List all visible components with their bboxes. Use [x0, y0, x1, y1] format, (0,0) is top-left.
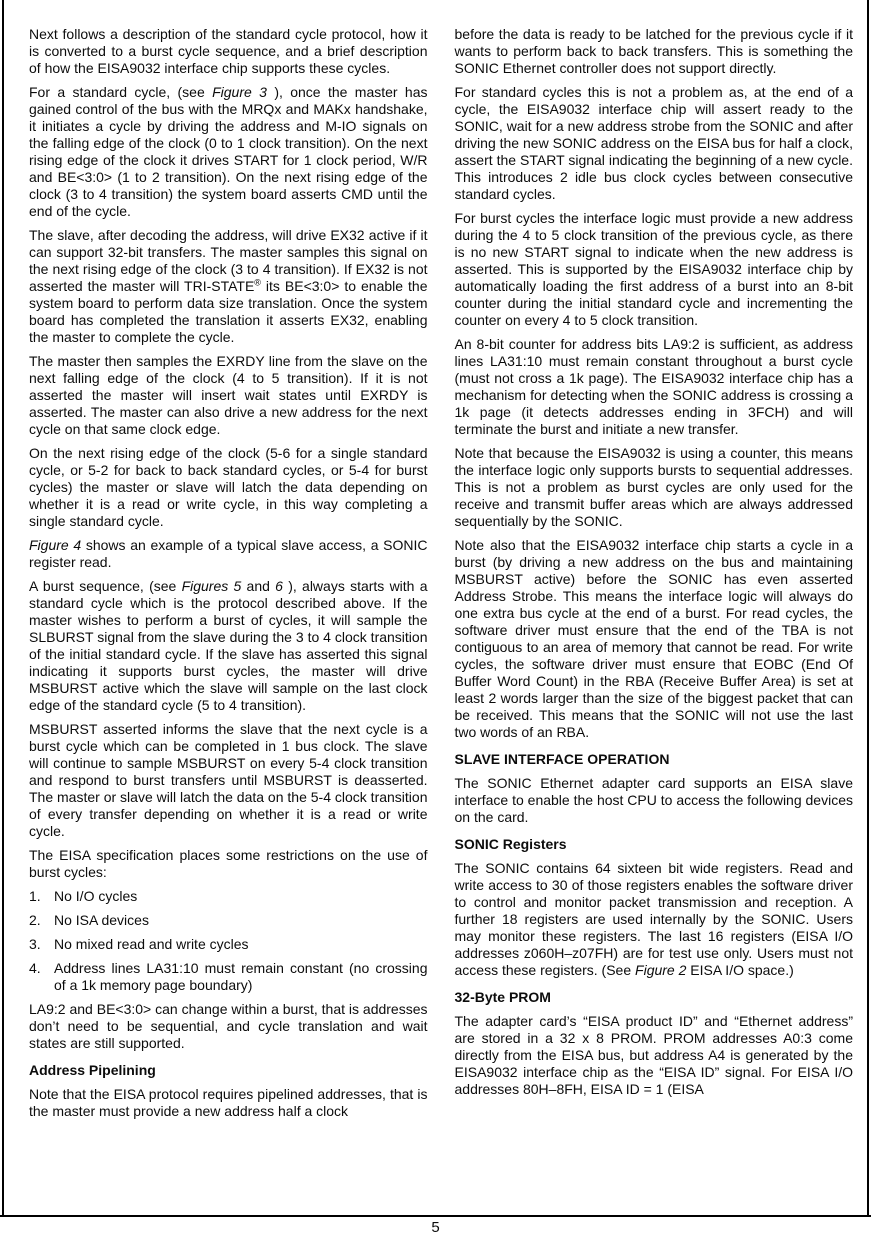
list-item-number: 4.: [29, 960, 41, 977]
section-heading: SLAVE INTERFACE OPERATION: [455, 751, 854, 768]
text-run: Note that because the EISA9032 is using …: [455, 445, 854, 529]
page-border-right: [867, 0, 869, 1216]
paragraph: For standard cycles this is not a proble…: [455, 84, 854, 203]
superscript-text: ®: [254, 277, 261, 287]
text-run: The master then samples the EXRDY line f…: [29, 353, 428, 437]
paragraph: A burst sequence, (see Figures 5 and 6 )…: [29, 578, 428, 714]
text-run: MSBURST asserted informs the slave that …: [29, 721, 428, 839]
text-run: before the data is ready to be latched f…: [455, 26, 854, 76]
text-run: ), once the master has gained control of…: [29, 84, 428, 219]
text-run: On the next rising edge of the clock (5-…: [29, 445, 428, 529]
numbered-list-item: 3.No mixed read and write cycles: [29, 936, 428, 953]
paragraph: Next follows a description of the standa…: [29, 26, 428, 77]
section-heading: Address Pipelining: [29, 1062, 428, 1079]
numbered-list-item: 4.Address lines LA31:10 must remain cons…: [29, 960, 428, 994]
text-run: and: [241, 578, 275, 594]
list-item-text: No mixed read and write cycles: [54, 936, 249, 952]
text-run: Note that the EISA protocol requires pip…: [29, 1086, 428, 1119]
paragraph: The adapter card’s “EISA product ID” and…: [455, 1013, 854, 1098]
text-run: Next follows a description of the standa…: [29, 26, 428, 76]
italic-text: Figure 2: [635, 962, 686, 978]
paragraph: On the next rising edge of the clock (5-…: [29, 445, 428, 530]
section-heading: 32-Byte PROM: [455, 989, 854, 1006]
text-run: Address Pipelining: [29, 1062, 156, 1078]
list-item-number: 2.: [29, 912, 41, 929]
paragraph: The SONIC Ethernet adapter card supports…: [455, 775, 854, 826]
text-run: Note also that the EISA9032 interface ch…: [455, 537, 854, 740]
paragraph: The master then samples the EXRDY line f…: [29, 353, 428, 438]
text-run: EISA I/O space.): [686, 962, 793, 978]
text-run: For standard cycles this is not a proble…: [455, 84, 854, 202]
section-heading: SONIC Registers: [455, 836, 854, 853]
text-run: An 8-bit counter for address bits LA9:2 …: [455, 336, 854, 437]
paragraph: The slave, after decoding the address, w…: [29, 227, 428, 346]
text-run: shows an example of a typical slave acce…: [29, 537, 428, 570]
text-run: A burst sequence, (see: [29, 578, 182, 594]
paragraph: before the data is ready to be latched f…: [455, 26, 854, 77]
italic-text: Figure 3: [212, 84, 267, 100]
numbered-list-item: 1.No I/O cycles: [29, 888, 428, 905]
paragraph: The SONIC contains 64 sixteen bit wide r…: [455, 860, 854, 979]
italic-text: Figure 4: [29, 537, 81, 553]
text-run: For burst cycles the interface logic mus…: [455, 210, 854, 328]
paragraph: Note also that the EISA9032 interface ch…: [455, 537, 854, 741]
text-run: The adapter card’s “EISA product ID” and…: [455, 1013, 854, 1097]
text-run: The SONIC contains 64 sixteen bit wide r…: [455, 860, 854, 978]
text-run: 32-Byte PROM: [455, 989, 551, 1005]
paragraph: Figure 4 shows an example of a typical s…: [29, 537, 428, 571]
text-run: For a standard cycle, (see: [29, 84, 212, 100]
italic-text: 6: [275, 578, 283, 594]
right-column: before the data is ready to be latched f…: [455, 26, 854, 1120]
text-run: ), always starts with a standard cycle w…: [29, 578, 428, 713]
list-item-text: Address lines LA31:10 must remain consta…: [54, 960, 428, 993]
numbered-list-item: 2.No ISA devices: [29, 912, 428, 929]
list-item-text: No ISA devices: [54, 912, 149, 928]
paragraph: LA9:2 and BE<3:0> can change within a bu…: [29, 1001, 428, 1052]
italic-text: Figures 5: [182, 578, 242, 594]
text-run: SONIC Registers: [455, 836, 567, 852]
list-item-number: 1.: [29, 888, 41, 905]
paragraph: For a standard cycle, (see Figure 3 ), o…: [29, 84, 428, 220]
left-column: Next follows a description of the standa…: [29, 26, 428, 1120]
paragraph: An 8-bit counter for address bits LA9:2 …: [455, 336, 854, 438]
page-body: Next follows a description of the standa…: [29, 26, 853, 1120]
footer-rule: [0, 1215, 871, 1217]
text-run: No I/O cycles: [54, 888, 137, 904]
text-run: The SONIC Ethernet adapter card supports…: [455, 775, 854, 825]
page-border-left: [2, 0, 4, 1216]
text-run: No ISA devices: [54, 912, 149, 928]
text-run: The EISA specification places some restr…: [29, 847, 428, 880]
datasheet-page: Next follows a description of the standa…: [0, 0, 871, 1236]
paragraph: The EISA specification places some restr…: [29, 847, 428, 881]
text-run: Address lines LA31:10 must remain consta…: [54, 960, 428, 993]
paragraph: For burst cycles the interface logic mus…: [455, 210, 854, 329]
paragraph: MSBURST asserted informs the slave that …: [29, 721, 428, 840]
list-item-text: No I/O cycles: [54, 888, 137, 904]
paragraph: Note that the EISA protocol requires pip…: [29, 1086, 428, 1120]
text-run: No mixed read and write cycles: [54, 936, 249, 952]
page-number: 5: [0, 1219, 871, 1236]
paragraph: Note that because the EISA9032 is using …: [455, 445, 854, 530]
list-item-number: 3.: [29, 936, 41, 953]
text-run: SLAVE INTERFACE OPERATION: [455, 751, 670, 767]
text-run: LA9:2 and BE<3:0> can change within a bu…: [29, 1001, 428, 1051]
